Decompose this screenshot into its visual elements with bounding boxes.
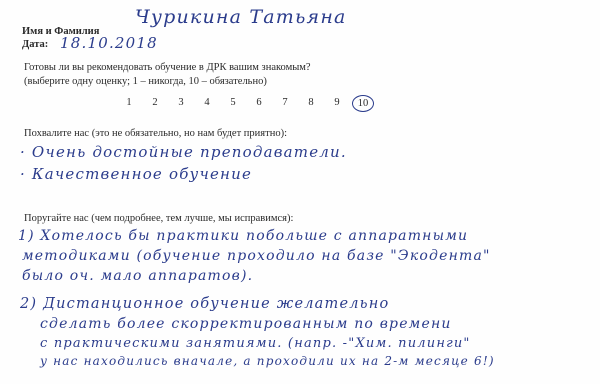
score-1[interactable]: 1 (116, 97, 142, 112)
criticism-line-7: у нас находились вначале, а проходили их… (40, 354, 495, 368)
score-9[interactable]: 9 (324, 97, 350, 112)
criticism-line-5: сделать более скорректированным по време… (40, 316, 452, 332)
score-7[interactable]: 7 (272, 97, 298, 112)
name-value: Чурикина Татьяна (135, 6, 347, 28)
score-6[interactable]: 6 (246, 97, 272, 112)
score-10-selected[interactable]: 10 (352, 95, 374, 112)
criticism-line-1: 1) Хотелось бы практики побольше с аппар… (18, 228, 468, 244)
date-value: 18.10.2018 (60, 34, 158, 52)
praise-line-2: · Качественное обучение (20, 165, 252, 183)
recommend-hint: (выберите одну оценку; 1 – никогда, 10 –… (24, 76, 267, 87)
criticism-line-2: методиками (обучение проходило на базе "… (22, 248, 491, 264)
praise-line-1: · Очень достойные преподаватели. (20, 143, 347, 161)
date-label: Дата: (22, 39, 48, 50)
criticism-line-4: 2) Дистанционное обучение желательно (20, 296, 389, 312)
score-2[interactable]: 2 (142, 97, 168, 112)
score-5[interactable]: 5 (220, 97, 246, 112)
praise-label: Похвалите нас (это не обязательно, но на… (24, 128, 287, 139)
score-8[interactable]: 8 (298, 97, 324, 112)
criticism-label: Поругайте нас (чем подробнее, тем лучше,… (24, 213, 293, 224)
recommend-question: Готовы ли вы рекомендовать обучение в ДР… (24, 62, 311, 73)
score-4[interactable]: 4 (194, 97, 220, 112)
criticism-line-3: было оч. мало аппаратов). (22, 268, 253, 284)
rating-scale: 1 2 3 4 5 6 7 8 9 10 (116, 97, 374, 112)
score-3[interactable]: 3 (168, 97, 194, 112)
criticism-line-6: с практическими занятиями. (напр. -"Хим.… (40, 336, 471, 351)
